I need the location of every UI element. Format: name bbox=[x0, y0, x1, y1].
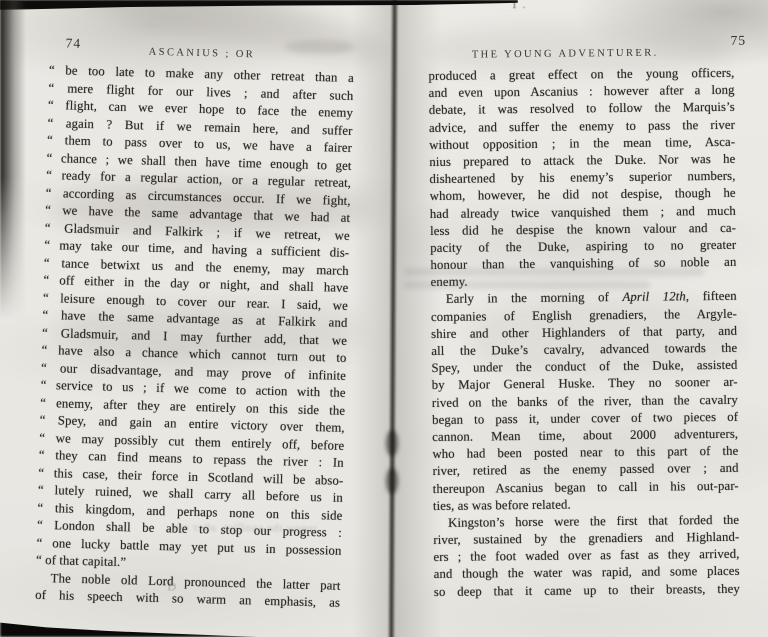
gutter-shadow bbox=[394, 0, 442, 637]
bleedthrough-text: renew the conflict, after our bbox=[71, 521, 317, 535]
gutter-thread bbox=[386, 468, 398, 494]
book-scan: 74 ASCANIUS ; OR “ be too late to make a… bbox=[0, 0, 768, 637]
running-title: ASCANIUS ; OR bbox=[49, 44, 354, 63]
bleedthrough-smudge bbox=[404, 268, 704, 294]
edge-mark: 1 . bbox=[512, 0, 527, 10]
gutter-thread bbox=[386, 430, 398, 456]
signature-mark: D bbox=[167, 579, 176, 594]
right-page-header: THE YOUNG ADVENTURER. 75 bbox=[428, 31, 734, 54]
left-page-content: 74 ASCANIUS ; OR “ be too late to make a… bbox=[35, 30, 355, 612]
bleedthrough-line bbox=[404, 268, 704, 276]
right-page-content: THE YOUNG ADVENTURER. 75 produced a grea… bbox=[428, 31, 740, 601]
scan-edge-left bbox=[0, 0, 26, 340]
page-number: 75 bbox=[731, 33, 747, 49]
text-line: thereupon Ascanius began to call in his … bbox=[433, 477, 739, 497]
running-title: THE YOUNG ADVENTURER. bbox=[412, 47, 718, 61]
text-line: so deep that it came up to their breasts… bbox=[434, 580, 740, 600]
right-page-text: produced a great effect on the young off… bbox=[428, 65, 740, 601]
